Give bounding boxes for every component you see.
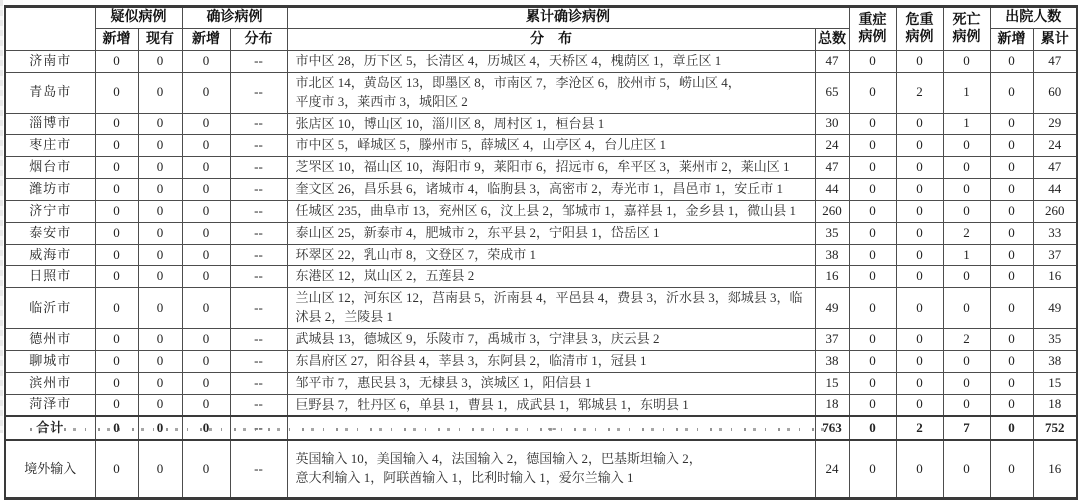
discharged-total-cell: 16 <box>1033 266 1077 288</box>
cumulative-dist-cell: 巨野县 7，牡丹区 6，单县 1，曹县 1，成武县 1，郓城县 1，东明县 1 <box>287 394 815 416</box>
death-cell: 1 <box>943 113 990 135</box>
cumulative-dist-cell: 邹平市 7，惠民县 3，无棣县 3，滨城区 1，阳信县 1 <box>287 372 815 394</box>
table-row: 泰安市000--泰山区 25，新泰市 4，肥城市 2，东平县 2，宁阳县 1，岱… <box>5 222 1077 244</box>
confirmed-dist-cell: -- <box>230 394 287 416</box>
confirmed-new-cell: 0 <box>182 200 230 222</box>
severe-line2: 病例 <box>859 30 887 45</box>
death-cell: 0 <box>943 266 990 288</box>
confirmed-new-cell: 0 <box>182 394 230 416</box>
critical-cell: 0 <box>896 200 943 222</box>
discharged-total-cell: 29 <box>1033 113 1077 135</box>
table-row: 日照市000--东港区 12，岚山区 2，五莲县 216000016 <box>5 266 1077 288</box>
critical-cell: 0 <box>896 394 943 416</box>
confirmed-new-cell: 0 <box>182 157 230 179</box>
suspected-current-header: 现有 <box>138 29 182 51</box>
row-label-city: 威海市 <box>5 244 95 266</box>
discharged-total-cell: 60 <box>1033 72 1077 113</box>
death-cases-header: 死亡病例 <box>943 7 990 51</box>
severe-cell: 0 <box>849 179 896 201</box>
suspected-current-cell: 0 <box>138 113 182 135</box>
severe-cell: 0 <box>849 72 896 113</box>
cumulative-dist-cell: 东昌府区 27，阳谷县 4，莘县 3，东阿县 2，临清市 1，冠县 1 <box>287 350 815 372</box>
discharged-total-cell: 38 <box>1033 350 1077 372</box>
severe-cell: 0 <box>849 157 896 179</box>
severe-cell: 0 <box>849 266 896 288</box>
suspected-new-header: 新增 <box>95 29 138 51</box>
discharged-cumulative-header: 累计 <box>1033 29 1077 51</box>
discharged-new-cell: 0 <box>990 416 1033 433</box>
cumulative-dist-cell: 泰山区 25，新泰市 4，肥城市 2，东平县 2，宁阳县 1，岱岳区 1 <box>287 222 815 244</box>
critical-cell: 0 <box>896 113 943 135</box>
table-row: 潍坊市000--奎文区 26，昌乐县 6，诸城市 4，临朐县 3，高密市 2，寿… <box>5 179 1077 201</box>
table-row: 菏泽市000--巨野县 7，牡丹区 6，单县 1，曹县 1，成武县 1，郓城县 … <box>5 394 1077 416</box>
suspected-current-cell: 0 <box>138 72 182 113</box>
discharged-total-cell: 47 <box>1033 51 1077 73</box>
suspected-current-cell: 0 <box>138 350 182 372</box>
confirmed-new-cell: 0 <box>182 372 230 394</box>
discharged-new-header: 新增 <box>990 29 1033 51</box>
cumulative-dist-cell: 任城区 235，曲阜市 13，兖州区 6，汶上县 2，邹城市 1，嘉祥县 1，金… <box>287 200 815 222</box>
row-label-city: 济宁市 <box>5 200 95 222</box>
severe-cell: 0 <box>849 288 896 329</box>
cumulative-total-cell: 24 <box>815 135 849 157</box>
suspected-new-cell: 0 <box>95 200 138 222</box>
discharged-total-cell: 35 <box>1033 328 1077 350</box>
discharged-new-cell: 0 <box>990 328 1033 350</box>
suspected-current-cell: 0 <box>138 179 182 201</box>
death-line1: 死亡 <box>953 13 981 28</box>
severe-cell: 0 <box>849 113 896 135</box>
severe-cell: 0 <box>849 51 896 73</box>
confirmed-dist-cell: -- <box>230 113 287 135</box>
suspected-current-cell: 0 <box>138 200 182 222</box>
suspected-new-cell: 0 <box>95 244 138 266</box>
suspected-new-cell: 0 <box>95 394 138 416</box>
severe-cell: 0 <box>849 200 896 222</box>
critical-cell: 0 <box>896 222 943 244</box>
suspected-current-cell: 0 <box>138 157 182 179</box>
cumulative-total-cell: 49 <box>815 288 849 329</box>
cumulative-dist-cell: 环翠区 22，乳山市 8，文登区 7，荣成市 1 <box>287 244 815 266</box>
table-row: 威海市000--环翠区 22，乳山市 8，文登区 7，荣成市 138001037 <box>5 244 1077 266</box>
suspected-current-cell: 0 <box>138 244 182 266</box>
death-cell: 7 <box>943 416 990 433</box>
table-row: 淄博市000--张店区 10，博山区 10，淄川区 8，周村区 1，桓台县 13… <box>5 113 1077 135</box>
table-row: 青岛市000--市北区 14，黄岛区 13，即墨区 8，市南区 7，李沧区 6，… <box>5 72 1077 113</box>
severe-cell: 0 <box>849 328 896 350</box>
death-cell: 0 <box>943 394 990 416</box>
table-row: 德州市000--武城县 13，德城区 9，乐陵市 7，禹城市 3，宁津县 3，庆… <box>5 328 1077 350</box>
cumulative-dist-cell: 市中区 5，峄城区 5，滕州市 5，薛城区 4，山亭区 4，台儿庄区 1 <box>287 135 815 157</box>
cumulative-dist-cell: 东港区 12，岚山区 2，五莲县 2 <box>287 266 815 288</box>
death-cell: 0 <box>943 157 990 179</box>
suspected-new-cell: 0 <box>95 266 138 288</box>
covid-stats-table: 疑似病例 确诊病例 累计确诊病例 重症病例 危重病例 死亡病例 出院人数 新增 … <box>4 5 1078 433</box>
severe-cell: 0 <box>849 350 896 372</box>
row-label-city: 德州市 <box>5 328 95 350</box>
critical-cell: 0 <box>896 135 943 157</box>
suspected-cases-header: 疑似病例 <box>95 7 182 29</box>
suspected-new-cell: 0 <box>95 222 138 244</box>
table-row: 枣庄市000--市中区 5，峄城区 5，滕州市 5，薛城区 4，山亭区 4，台儿… <box>5 135 1077 157</box>
confirmed-dist-cell: -- <box>230 157 287 179</box>
discharged-new-cell: 0 <box>990 266 1033 288</box>
table-header: 疑似病例 确诊病例 累计确诊病例 重症病例 危重病例 死亡病例 出院人数 新增 … <box>5 7 1077 51</box>
severe-cell: 0 <box>849 135 896 157</box>
discharged-new-cell: 0 <box>990 72 1033 113</box>
row-label-city: 青岛市 <box>5 72 95 113</box>
cumulative-total-cell: 30 <box>815 113 849 135</box>
death-cell: 0 <box>943 350 990 372</box>
severe-cases-header: 重症病例 <box>849 7 896 51</box>
severe-cell: 0 <box>849 416 896 433</box>
critical-cell: 0 <box>896 157 943 179</box>
cumulative-dist-cell: 张店区 10，博山区 10，淄川区 8，周村区 1，桓台县 1 <box>287 113 815 135</box>
confirmed-new-cell: 0 <box>182 135 230 157</box>
discharged-total-cell: 47 <box>1033 157 1077 179</box>
suspected-current-cell: 0 <box>138 222 182 244</box>
discharged-new-cell: 0 <box>990 179 1033 201</box>
critical-cases-header: 危重病例 <box>896 7 943 51</box>
death-cell: 2 <box>943 328 990 350</box>
critical-cell: 0 <box>896 372 943 394</box>
death-cell: 1 <box>943 72 990 113</box>
row-label-city: 潍坊市 <box>5 179 95 201</box>
suspected-current-cell: 0 <box>138 266 182 288</box>
row-label-city: 济南市 <box>5 51 95 73</box>
cumulative-dist-cell: 市北区 14，黄岛区 13，即墨区 8，市南区 7，李沧区 6，胶州市 5，崂山… <box>287 72 815 113</box>
table-row: 临沂市000--兰山区 12，河东区 12，莒南县 5，沂南县 4，平邑县 4，… <box>5 288 1077 329</box>
page-edge-decoration <box>0 0 3 433</box>
table-body: 济南市000--市中区 28，历下区 5，长清区 4，历城区 4，天桥区 4，槐… <box>5 51 1077 434</box>
suspected-current-cell: 0 <box>138 372 182 394</box>
suspected-new-cell: 0 <box>95 72 138 113</box>
confirmed-dist-header: 分布 <box>230 29 287 51</box>
confirmed-new-cell: 0 <box>182 288 230 329</box>
discharged-new-cell: 0 <box>990 157 1033 179</box>
discharged-new-cell: 0 <box>990 222 1033 244</box>
discharged-total-cell: 15 <box>1033 372 1077 394</box>
death-cell: 2 <box>943 222 990 244</box>
confirmed-dist-cell: -- <box>230 328 287 350</box>
severe-cell: 0 <box>849 222 896 244</box>
discharged-new-cell: 0 <box>990 135 1033 157</box>
suspected-new-cell: 0 <box>95 179 138 201</box>
row-label-city: 滨州市 <box>5 372 95 394</box>
confirmed-new-cell: 0 <box>182 51 230 73</box>
suspected-new-cell: 0 <box>95 350 138 372</box>
critical-cell: 0 <box>896 266 943 288</box>
cumulative-dist-cell: 武城县 13，德城区 9，乐陵市 7，禹城市 3，宁津县 3，庆云县 2 <box>287 328 815 350</box>
discharged-total-cell: 44 <box>1033 179 1077 201</box>
suspected-current-cell: 0 <box>138 394 182 416</box>
cumulative-total-cell: 18 <box>815 394 849 416</box>
discharged-new-cell: 0 <box>990 51 1033 73</box>
discharged-new-cell: 0 <box>990 372 1033 394</box>
death-line2: 病例 <box>953 30 981 45</box>
cumulative-dist-header: 分 布 <box>287 29 815 51</box>
row-label-city: 临沂市 <box>5 288 95 329</box>
cumulative-total-cell: 260 <box>815 200 849 222</box>
critical-cell: 0 <box>896 350 943 372</box>
confirmed-new-header: 新增 <box>182 29 230 51</box>
suspected-new-cell: 0 <box>95 328 138 350</box>
clipped-note-line <box>30 427 840 432</box>
table-row: 济宁市000--任城区 235，曲阜市 13，兖州区 6，汶上县 2，邹城市 1… <box>5 200 1077 222</box>
suspected-current-cell: 0 <box>138 288 182 329</box>
critical-cell: 0 <box>896 244 943 266</box>
confirmed-dist-cell: -- <box>230 51 287 73</box>
row-label-city: 泰安市 <box>5 222 95 244</box>
critical-cell: 0 <box>896 328 943 350</box>
death-cell: 0 <box>943 200 990 222</box>
table-row: 滨州市000--邹平市 7，惠民县 3，无棣县 3，滨城区 1，阳信县 1150… <box>5 372 1077 394</box>
suspected-new-cell: 0 <box>95 51 138 73</box>
row-label-city: 烟台市 <box>5 157 95 179</box>
suspected-current-cell: 0 <box>138 328 182 350</box>
death-cell: 0 <box>943 179 990 201</box>
confirmed-new-cell: 0 <box>182 72 230 113</box>
cumulative-total-cell: 35 <box>815 222 849 244</box>
discharged-total-cell: 752 <box>1033 416 1077 433</box>
suspected-new-cell: 0 <box>95 113 138 135</box>
cumulative-dist-cell: 奎文区 26，昌乐县 6，诸城市 4，临朐县 3，高密市 2，寿光市 1，昌邑市… <box>287 179 815 201</box>
corner-cell <box>5 7 95 51</box>
cumulative-total-cell: 38 <box>815 350 849 372</box>
critical-cell: 0 <box>896 51 943 73</box>
confirmed-dist-cell: -- <box>230 266 287 288</box>
cumulative-dist-cell: 芝罘区 10，福山区 10，海阳市 9，莱阳市 6，招远市 6，牟平区 3，莱州… <box>287 157 815 179</box>
row-label-city: 日照市 <box>5 266 95 288</box>
discharged-new-cell: 0 <box>990 288 1033 329</box>
discharged-new-cell: 0 <box>990 113 1033 135</box>
cumulative-confirmed-header: 累计确诊病例 <box>287 7 849 29</box>
confirmed-dist-cell: -- <box>230 200 287 222</box>
confirmed-new-cell: 0 <box>182 113 230 135</box>
cumulative-total-cell: 44 <box>815 179 849 201</box>
row-label-city: 聊城市 <box>5 350 95 372</box>
critical-cell: 0 <box>896 288 943 329</box>
death-cell: 0 <box>943 288 990 329</box>
confirmed-dist-cell: -- <box>230 135 287 157</box>
death-cell: 0 <box>943 372 990 394</box>
confirmed-dist-cell: -- <box>230 179 287 201</box>
critical-line2: 病例 <box>906 30 934 45</box>
discharged-total-cell: 33 <box>1033 222 1077 244</box>
critical-cell: 2 <box>896 72 943 113</box>
table-row: 济南市000--市中区 28，历下区 5，长清区 4，历城区 4，天桥区 4，槐… <box>5 51 1077 73</box>
cumulative-total-cell: 38 <box>815 244 849 266</box>
confirmed-dist-cell: -- <box>230 288 287 329</box>
discharged-new-cell: 0 <box>990 350 1033 372</box>
confirmed-new-cell: 0 <box>182 350 230 372</box>
cumulative-total-cell: 65 <box>815 72 849 113</box>
header-row-1: 疑似病例 确诊病例 累计确诊病例 重症病例 危重病例 死亡病例 出院人数 <box>5 7 1077 29</box>
severe-line1: 重症 <box>859 13 887 28</box>
suspected-new-cell: 0 <box>95 135 138 157</box>
discharged-new-cell: 0 <box>990 200 1033 222</box>
confirmed-new-cell: 0 <box>182 266 230 288</box>
cumulative-total-cell: 37 <box>815 328 849 350</box>
discharged-header: 出院人数 <box>990 7 1077 29</box>
table-row: 聊城市000--东昌府区 27，阳谷县 4，莘县 3，东阿县 2，临清市 1，冠… <box>5 350 1077 372</box>
death-cell: 0 <box>943 51 990 73</box>
discharged-total-cell: 49 <box>1033 288 1077 329</box>
severe-cell: 0 <box>849 372 896 394</box>
critical-line1: 危重 <box>906 13 934 28</box>
cumulative-dist-cell: 兰山区 12，河东区 12，莒南县 5，沂南县 4，平邑县 4，费县 3，沂水县… <box>287 288 815 329</box>
confirmed-new-cell: 0 <box>182 328 230 350</box>
confirmed-new-cell: 0 <box>182 244 230 266</box>
confirmed-cases-header: 确诊病例 <box>182 7 287 29</box>
confirmed-new-cell: 0 <box>182 179 230 201</box>
suspected-new-cell: 0 <box>95 372 138 394</box>
suspected-new-cell: 0 <box>95 157 138 179</box>
severe-cell: 0 <box>849 394 896 416</box>
severe-cell: 0 <box>849 244 896 266</box>
death-cell: 0 <box>943 135 990 157</box>
confirmed-dist-cell: -- <box>230 350 287 372</box>
cumulative-total-cell: 47 <box>815 51 849 73</box>
discharged-total-cell: 37 <box>1033 244 1077 266</box>
confirmed-dist-cell: -- <box>230 244 287 266</box>
discharged-total-cell: 18 <box>1033 394 1077 416</box>
confirmed-dist-cell: -- <box>230 222 287 244</box>
cumulative-total-cell: 16 <box>815 266 849 288</box>
suspected-current-cell: 0 <box>138 135 182 157</box>
row-label-city: 枣庄市 <box>5 135 95 157</box>
suspected-new-cell: 0 <box>95 288 138 329</box>
row-label-city: 菏泽市 <box>5 394 95 416</box>
confirmed-new-cell: 0 <box>182 222 230 244</box>
cumulative-total-cell: 47 <box>815 157 849 179</box>
discharged-new-cell: 0 <box>990 394 1033 416</box>
confirmed-dist-cell: -- <box>230 372 287 394</box>
discharged-total-cell: 24 <box>1033 135 1077 157</box>
cumulative-total-cell: 15 <box>815 372 849 394</box>
death-cell: 1 <box>943 244 990 266</box>
discharged-total-cell: 260 <box>1033 200 1077 222</box>
critical-cell: 2 <box>896 416 943 433</box>
cumulative-total-header: 总数 <box>815 29 849 51</box>
row-label-city: 淄博市 <box>5 113 95 135</box>
critical-cell: 0 <box>896 179 943 201</box>
cumulative-dist-cell: 市中区 28，历下区 5，长清区 4，历城区 4，天桥区 4，槐荫区 1，章丘区… <box>287 51 815 73</box>
suspected-current-cell: 0 <box>138 51 182 73</box>
discharged-new-cell: 0 <box>990 244 1033 266</box>
table-row: 烟台市000--芝罘区 10，福山区 10，海阳市 9，莱阳市 6，招远市 6，… <box>5 157 1077 179</box>
confirmed-dist-cell: -- <box>230 72 287 113</box>
